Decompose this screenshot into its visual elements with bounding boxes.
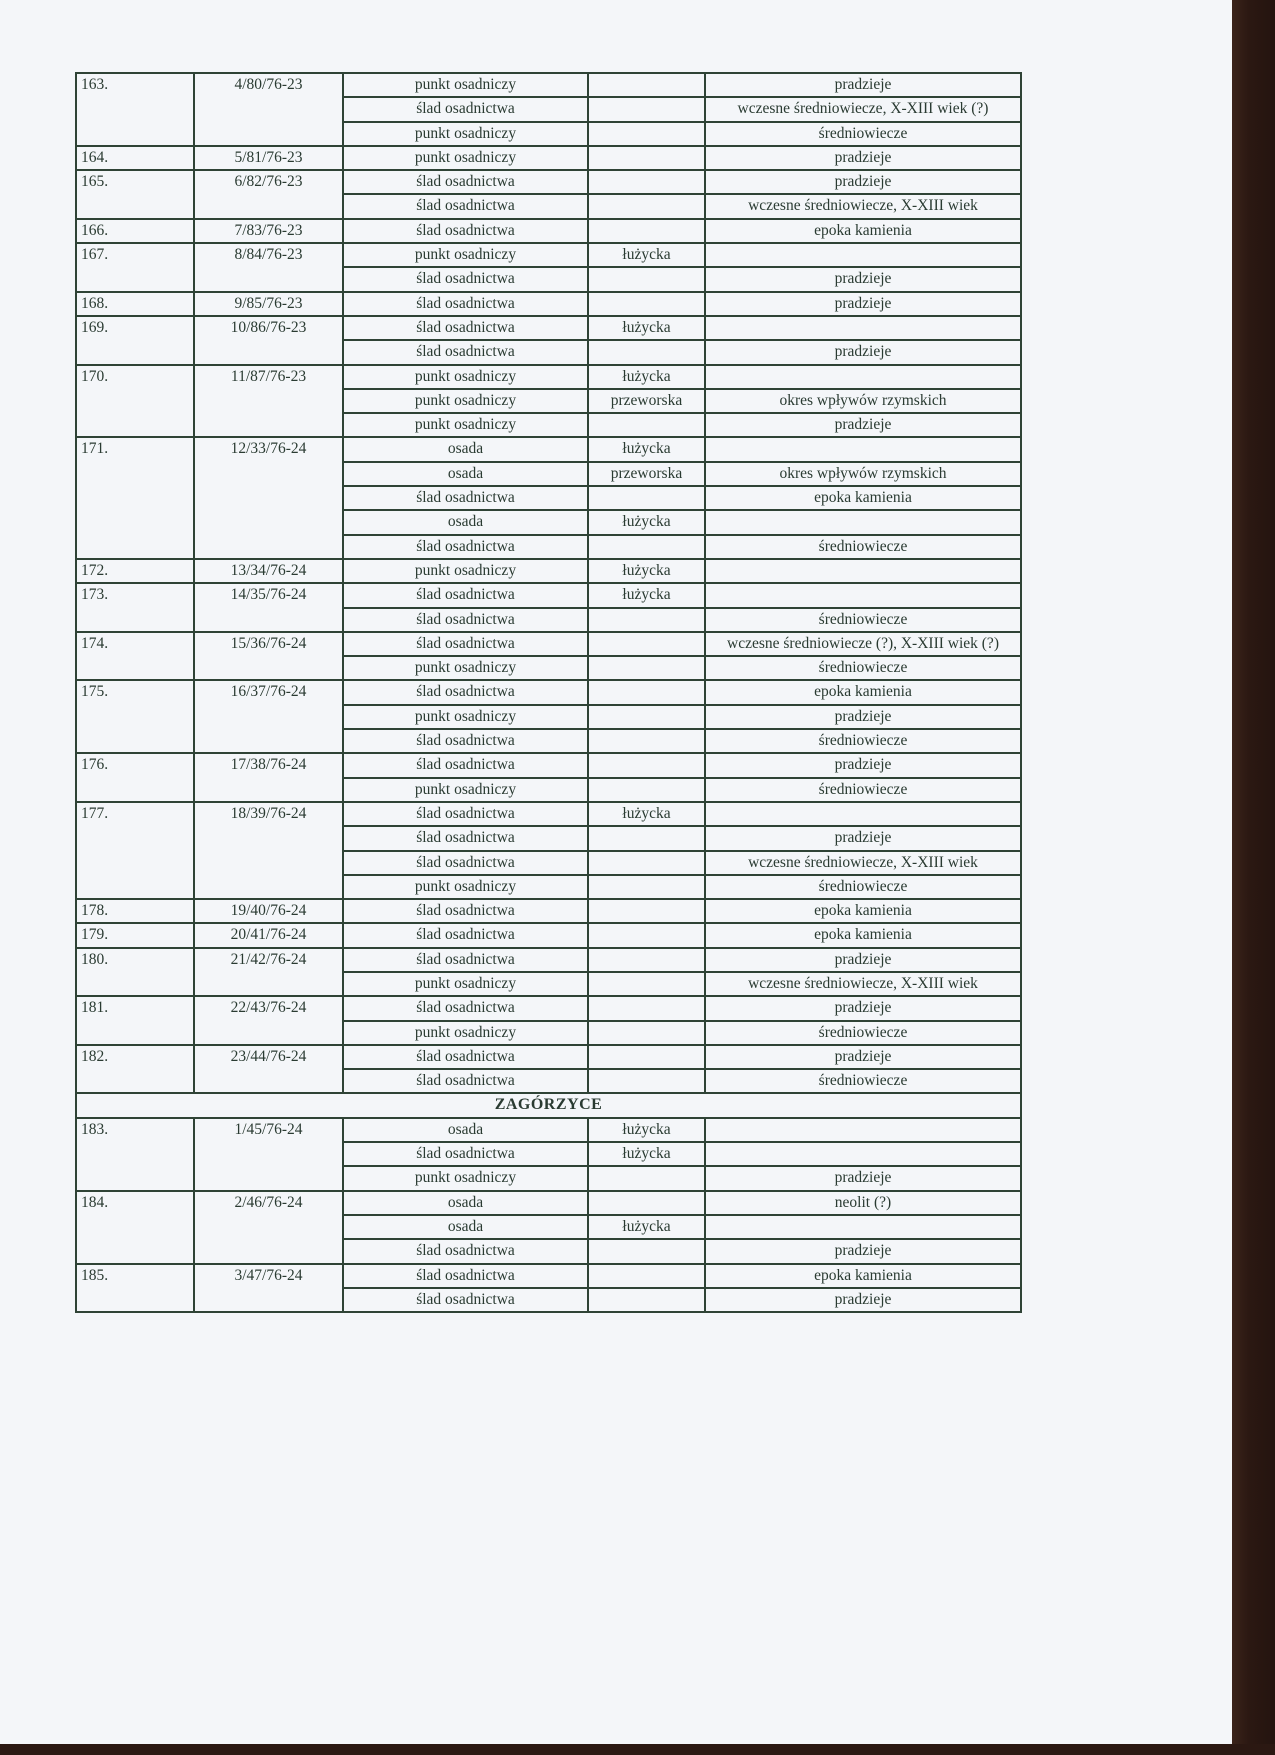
find-culture [588, 486, 705, 510]
find-type: ślad osadnictwa [343, 753, 588, 777]
find-type: osada [343, 510, 588, 534]
site-number: 168. [76, 292, 194, 316]
find-type: osada [343, 462, 588, 486]
find-culture [588, 340, 705, 364]
find-type: osada [343, 1191, 588, 1215]
find-culture [588, 923, 705, 947]
find-period: pradzieje [705, 146, 1021, 170]
find-culture [588, 122, 705, 146]
find-period: pradzieje [705, 292, 1021, 316]
site-id: 8/84/76-23 [194, 243, 343, 292]
find-period: wczesne średniowiecze, X-XIII wiek [705, 194, 1021, 218]
find-culture [588, 194, 705, 218]
find-period: średniowiecze [705, 875, 1021, 899]
site-id: 4/80/76-23 [194, 73, 343, 146]
table-row: 165.6/82/76-23ślad osadnictwapradzieje [76, 170, 1021, 194]
find-type: ślad osadnictwa [343, 316, 588, 340]
site-id: 22/43/76-24 [194, 996, 343, 1045]
table-row: 174.15/36/76-24ślad osadnictwawczesne śr… [76, 632, 1021, 656]
site-id: 5/81/76-23 [194, 146, 343, 170]
find-period [705, 243, 1021, 267]
find-culture [588, 1239, 705, 1263]
find-period: średniowiecze [705, 778, 1021, 802]
table-row: 178.19/40/76-24ślad osadnictwaepoka kami… [76, 899, 1021, 923]
site-id: 18/39/76-24 [194, 802, 343, 899]
table-row: 175.16/37/76-24ślad osadnictwaepoka kami… [76, 680, 1021, 704]
find-period [705, 1118, 1021, 1142]
site-id: 17/38/76-24 [194, 753, 343, 802]
find-culture [588, 826, 705, 850]
find-period: średniowiecze [705, 608, 1021, 632]
find-culture: łużycka [588, 583, 705, 607]
find-period: okres wpływów rzymskich [705, 389, 1021, 413]
find-culture: łużycka [588, 510, 705, 534]
site-number: 171. [76, 437, 194, 558]
site-number: 185. [76, 1264, 194, 1313]
table-row: 182.23/44/76-24ślad osadnictwapradzieje [76, 1045, 1021, 1069]
site-id: 1/45/76-24 [194, 1118, 343, 1191]
site-number: 176. [76, 753, 194, 802]
site-number: 173. [76, 583, 194, 632]
find-period: pradzieje [705, 948, 1021, 972]
site-id: 12/33/76-24 [194, 437, 343, 558]
find-period: pradzieje [705, 826, 1021, 850]
site-number: 165. [76, 170, 194, 219]
find-culture [588, 1191, 705, 1215]
find-culture [588, 875, 705, 899]
find-period [705, 1215, 1021, 1239]
find-type: ślad osadnictwa [343, 1045, 588, 1069]
scanner-edge-bottom [0, 1744, 1275, 1755]
site-register-table: 163.4/80/76-23punkt osadniczypradziejeśl… [75, 72, 1022, 1313]
find-period: pradzieje [705, 267, 1021, 291]
find-culture: łużycka [588, 365, 705, 389]
site-number: 181. [76, 996, 194, 1045]
find-type: ślad osadnictwa [343, 1069, 588, 1093]
find-period [705, 1142, 1021, 1166]
find-type: ślad osadnictwa [343, 583, 588, 607]
find-culture [588, 73, 705, 97]
find-period: epoka kamienia [705, 486, 1021, 510]
site-number: 182. [76, 1045, 194, 1094]
find-culture [588, 1021, 705, 1045]
find-period: pradzieje [705, 340, 1021, 364]
site-id: 6/82/76-23 [194, 170, 343, 219]
find-culture [588, 97, 705, 121]
find-period [705, 510, 1021, 534]
site-number: 175. [76, 680, 194, 753]
table-row: 185.3/47/76-24ślad osadnictwaepoka kamie… [76, 1264, 1021, 1288]
find-type: punkt osadniczy [343, 1166, 588, 1190]
find-culture [588, 608, 705, 632]
find-type: punkt osadniczy [343, 778, 588, 802]
find-period [705, 583, 1021, 607]
find-period: pradzieje [705, 753, 1021, 777]
site-number: 166. [76, 219, 194, 243]
find-type: ślad osadnictwa [343, 729, 588, 753]
find-type: ślad osadnictwa [343, 899, 588, 923]
find-period: pradzieje [705, 1288, 1021, 1312]
find-period: epoka kamienia [705, 1264, 1021, 1288]
site-id: 2/46/76-24 [194, 1191, 343, 1264]
table-row: 181.22/43/76-24ślad osadnictwapradzieje [76, 996, 1021, 1020]
find-culture [588, 219, 705, 243]
section-title: ZAGÓRZYCE [76, 1093, 1021, 1117]
site-register-body: 163.4/80/76-23punkt osadniczypradziejeśl… [76, 73, 1021, 1312]
find-culture: łużycka [588, 1142, 705, 1166]
site-number: 167. [76, 243, 194, 292]
find-period: średniowiecze [705, 1021, 1021, 1045]
find-culture: łużycka [588, 559, 705, 583]
find-culture: łużycka [588, 243, 705, 267]
find-culture [588, 656, 705, 680]
find-type: ślad osadnictwa [343, 535, 588, 559]
find-type: ślad osadnictwa [343, 608, 588, 632]
find-type: punkt osadniczy [343, 413, 588, 437]
section-header-row: ZAGÓRZYCE [76, 1093, 1021, 1117]
find-type: ślad osadnictwa [343, 267, 588, 291]
site-id: 11/87/76-23 [194, 365, 343, 438]
site-id: 15/36/76-24 [194, 632, 343, 681]
table-row: 163.4/80/76-23punkt osadniczypradzieje [76, 73, 1021, 97]
find-type: ślad osadnictwa [343, 219, 588, 243]
find-culture [588, 680, 705, 704]
find-period: pradzieje [705, 170, 1021, 194]
table-row: 176.17/38/76-24ślad osadnictwapradzieje [76, 753, 1021, 777]
find-culture [588, 948, 705, 972]
find-culture: łużycka [588, 1215, 705, 1239]
table-row: 166.7/83/76-23ślad osadnictwaepoka kamie… [76, 219, 1021, 243]
site-number: 169. [76, 316, 194, 365]
find-culture [588, 899, 705, 923]
find-culture [588, 1045, 705, 1069]
find-type: ślad osadnictwa [343, 632, 588, 656]
find-culture [588, 1264, 705, 1288]
site-id: 19/40/76-24 [194, 899, 343, 923]
find-type: punkt osadniczy [343, 1021, 588, 1045]
find-type: ślad osadnictwa [343, 170, 588, 194]
find-type: ślad osadnictwa [343, 851, 588, 875]
find-culture [588, 851, 705, 875]
find-period: średniowiecze [705, 535, 1021, 559]
site-number: 180. [76, 948, 194, 997]
find-culture [588, 705, 705, 729]
site-number: 164. [76, 146, 194, 170]
site-number: 174. [76, 632, 194, 681]
find-type: osada [343, 1215, 588, 1239]
table-row: 164.5/81/76-23punkt osadniczypradzieje [76, 146, 1021, 170]
table-row: 173.14/35/76-24ślad osadnictwałużycka [76, 583, 1021, 607]
site-id: 16/37/76-24 [194, 680, 343, 753]
find-type: ślad osadnictwa [343, 486, 588, 510]
find-type: ślad osadnictwa [343, 1288, 588, 1312]
table-row: 171.12/33/76-24osadałużycka [76, 437, 1021, 461]
find-period: epoka kamienia [705, 219, 1021, 243]
find-period: średniowiecze [705, 1069, 1021, 1093]
table-row: 177.18/39/76-24ślad osadnictwałużycka [76, 802, 1021, 826]
find-type: ślad osadnictwa [343, 948, 588, 972]
table-row: 170.11/87/76-23punkt osadniczyłużycka [76, 365, 1021, 389]
find-type: ślad osadnictwa [343, 923, 588, 947]
table-row: 167.8/84/76-23punkt osadniczyłużycka [76, 243, 1021, 267]
find-type: punkt osadniczy [343, 875, 588, 899]
find-type: punkt osadniczy [343, 972, 588, 996]
find-period: wczesne średniowiecze, X-XIII wiek [705, 851, 1021, 875]
site-id: 23/44/76-24 [194, 1045, 343, 1094]
find-type: punkt osadniczy [343, 73, 588, 97]
find-culture: łużycka [588, 437, 705, 461]
site-number: 183. [76, 1118, 194, 1191]
find-period: okres wpływów rzymskich [705, 462, 1021, 486]
find-culture [588, 996, 705, 1020]
find-culture [588, 292, 705, 316]
find-culture [588, 535, 705, 559]
find-type: punkt osadniczy [343, 559, 588, 583]
find-culture: łużycka [588, 802, 705, 826]
find-period: wczesne średniowiecze (?), X-XIII wiek (… [705, 632, 1021, 656]
find-type: punkt osadniczy [343, 389, 588, 413]
site-id: 10/86/76-23 [194, 316, 343, 365]
find-period [705, 316, 1021, 340]
find-period: epoka kamienia [705, 899, 1021, 923]
find-culture [588, 753, 705, 777]
site-id: 3/47/76-24 [194, 1264, 343, 1313]
find-period: epoka kamienia [705, 680, 1021, 704]
find-culture: łużycka [588, 1118, 705, 1142]
find-type: punkt osadniczy [343, 656, 588, 680]
find-period: średniowiecze [705, 729, 1021, 753]
find-type: ślad osadnictwa [343, 1239, 588, 1263]
find-type: punkt osadniczy [343, 365, 588, 389]
find-period: wczesne średniowiecze, X-XIII wiek (?) [705, 97, 1021, 121]
scanner-edge-right [1232, 0, 1275, 1755]
find-type: ślad osadnictwa [343, 1264, 588, 1288]
site-number: 178. [76, 899, 194, 923]
find-type: osada [343, 437, 588, 461]
find-period [705, 559, 1021, 583]
find-culture [588, 146, 705, 170]
find-period: wczesne średniowiecze, X-XIII wiek [705, 972, 1021, 996]
site-number: 177. [76, 802, 194, 899]
table-row: 168.9/85/76-23ślad osadnictwapradzieje [76, 292, 1021, 316]
find-period [705, 365, 1021, 389]
find-period [705, 437, 1021, 461]
find-type: punkt osadniczy [343, 705, 588, 729]
find-culture [588, 1166, 705, 1190]
find-culture: przeworska [588, 462, 705, 486]
site-id: 7/83/76-23 [194, 219, 343, 243]
find-period: średniowiecze [705, 122, 1021, 146]
table-row: 183.1/45/76-24osadałużycka [76, 1118, 1021, 1142]
find-culture [588, 972, 705, 996]
find-type: ślad osadnictwa [343, 292, 588, 316]
site-id: 20/41/76-24 [194, 923, 343, 947]
find-type: ślad osadnictwa [343, 340, 588, 364]
table-row: 179.20/41/76-24ślad osadnictwaepoka kami… [76, 923, 1021, 947]
table-row: 172.13/34/76-24punkt osadniczyłużycka [76, 559, 1021, 583]
find-culture [588, 413, 705, 437]
find-period: pradzieje [705, 1166, 1021, 1190]
find-type: osada [343, 1118, 588, 1142]
find-culture [588, 267, 705, 291]
find-culture [588, 778, 705, 802]
site-id: 21/42/76-24 [194, 948, 343, 997]
find-type: punkt osadniczy [343, 146, 588, 170]
table-row: 169.10/86/76-23ślad osadnictwałużycka [76, 316, 1021, 340]
site-id: 13/34/76-24 [194, 559, 343, 583]
find-type: ślad osadnictwa [343, 1142, 588, 1166]
site-number: 184. [76, 1191, 194, 1264]
site-number: 179. [76, 923, 194, 947]
find-culture [588, 1069, 705, 1093]
find-period: pradzieje [705, 1045, 1021, 1069]
find-type: ślad osadnictwa [343, 194, 588, 218]
find-period [705, 802, 1021, 826]
find-culture: łużycka [588, 316, 705, 340]
find-period: pradzieje [705, 996, 1021, 1020]
site-id: 9/85/76-23 [194, 292, 343, 316]
find-period: neolit (?) [705, 1191, 1021, 1215]
find-period: pradzieje [705, 1239, 1021, 1263]
find-culture [588, 632, 705, 656]
find-type: ślad osadnictwa [343, 802, 588, 826]
find-period: epoka kamienia [705, 923, 1021, 947]
site-number: 172. [76, 559, 194, 583]
find-period: pradzieje [705, 705, 1021, 729]
find-culture [588, 170, 705, 194]
find-culture [588, 729, 705, 753]
find-period: średniowiecze [705, 656, 1021, 680]
site-id: 14/35/76-24 [194, 583, 343, 632]
find-period: pradzieje [705, 73, 1021, 97]
find-type: ślad osadnictwa [343, 97, 588, 121]
find-type: ślad osadnictwa [343, 826, 588, 850]
scanned-page: 163.4/80/76-23punkt osadniczypradziejeśl… [0, 0, 1232, 1744]
site-number: 170. [76, 365, 194, 438]
table-row: 184.2/46/76-24osadaneolit (?) [76, 1191, 1021, 1215]
find-type: punkt osadniczy [343, 122, 588, 146]
find-type: ślad osadnictwa [343, 996, 588, 1020]
find-culture: przeworska [588, 389, 705, 413]
find-type: ślad osadnictwa [343, 680, 588, 704]
find-culture [588, 1288, 705, 1312]
find-type: punkt osadniczy [343, 243, 588, 267]
table-row: 180.21/42/76-24ślad osadnictwapradzieje [76, 948, 1021, 972]
find-period: pradzieje [705, 413, 1021, 437]
site-number: 163. [76, 73, 194, 146]
